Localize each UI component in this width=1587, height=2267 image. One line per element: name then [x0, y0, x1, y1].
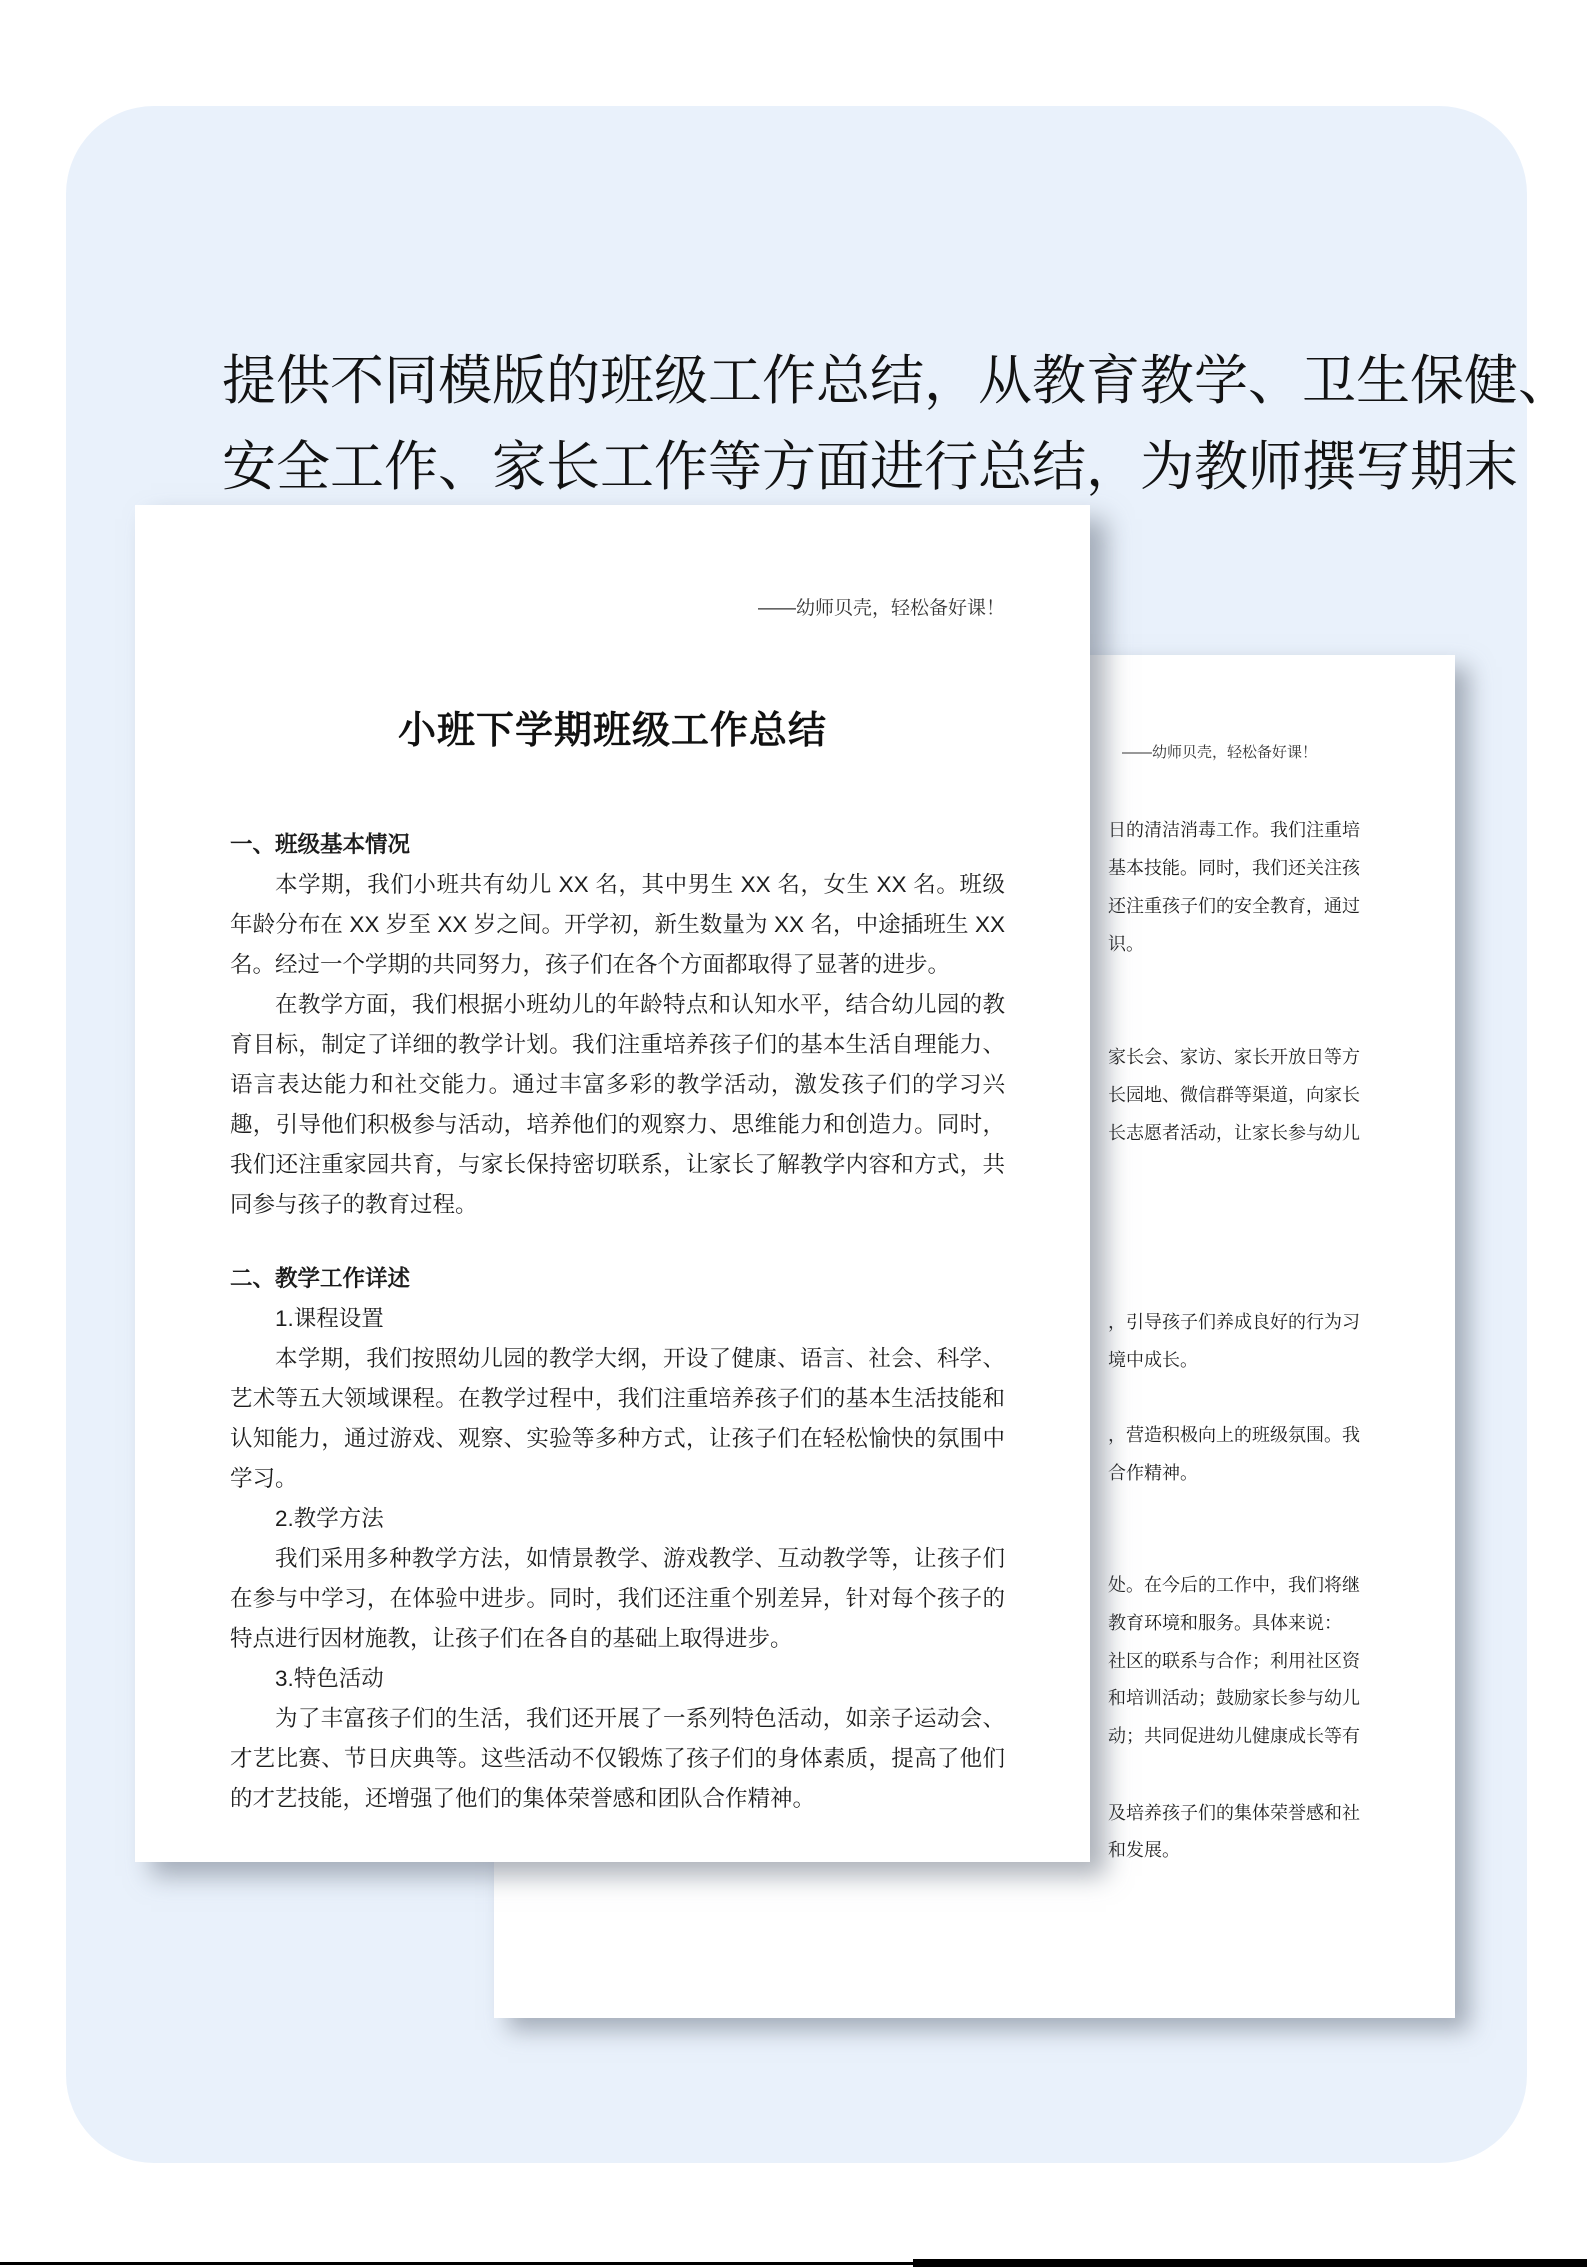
intro-line-1: 提供不同模版的班级工作总结，从教育教学、卫生保健、	[222, 338, 1572, 424]
text-fragment: 长志愿者活动，让家长参与幼儿	[1108, 1114, 1360, 1152]
text-fragment: 家长会、家访、家长开放日等方	[1108, 1038, 1360, 1076]
text-fragment: 动；共同促进幼儿健康成长等有	[1108, 1717, 1360, 1755]
section-heading: 二、教学工作详述	[230, 1259, 1005, 1299]
text-fragment: 日的清洁消毒工作。我们注重培	[1108, 811, 1360, 849]
text-fragment: 识。	[1108, 925, 1144, 963]
paragraph: 本学期，我们小班共有幼儿 XX 名，其中男生 XX 名，女生 XX 名。班级年龄…	[230, 865, 1005, 985]
subsection-heading: 3.特色活动	[230, 1659, 1005, 1699]
intro-line-2: 安全工作、家长工作等方面进行总结，为教师撰写期末	[222, 424, 1572, 510]
doc-tagline: ——幼师贝壳，轻松备好课！	[758, 593, 1005, 620]
doc-title: 小班下学期班级工作总结	[135, 699, 1090, 754]
paragraph: 为了丰富孩子们的生活，我们还开展了一系列特色活动，如亲子运动会、才艺比赛、节日庆…	[230, 1699, 1005, 1819]
text-fragment: ，营造积极向上的班级氛围。我	[1108, 1416, 1360, 1454]
text-fragment: 教育环境和服务。具体来说：	[1108, 1604, 1342, 1642]
text-fragment: 和发展。	[1108, 1831, 1180, 1869]
text-fragment: 及培养孩子们的集体荣誉感和社	[1108, 1794, 1360, 1832]
text-fragment: ，引导孩子们养成良好的行为习	[1108, 1303, 1360, 1341]
section-heading: 一、班级基本情况	[230, 825, 1005, 865]
text-fragment: 长园地、微信群等渠道，向家长	[1108, 1076, 1360, 1114]
text-fragment: 境中成长。	[1108, 1341, 1198, 1379]
text-fragment: 处。在今后的工作中，我们将继	[1108, 1566, 1360, 1604]
text-fragment: 基本技能。同时，我们还关注孩	[1108, 849, 1360, 887]
subsection-heading: 2.教学方法	[230, 1499, 1005, 1539]
bottom-edge-bar	[913, 2259, 1587, 2267]
text-fragment: 还注重孩子们的安全教育，通过	[1108, 887, 1360, 925]
text-fragment: 社区的联系与合作；利用社区资	[1108, 1642, 1360, 1680]
page-canvas: 提供不同模版的班级工作总结，从教育教学、卫生保健、 安全工作、家长工作等方面进行…	[0, 0, 1587, 2267]
paragraph: 本学期，我们按照幼儿园的教学大纲，开设了健康、语言、社会、科学、艺术等五大领域课…	[230, 1339, 1005, 1499]
document-page-1: ——幼师贝壳，轻松备好课！ 小班下学期班级工作总结 一、班级基本情况 本学期，我…	[135, 505, 1090, 1862]
text-fragment: 合作精神。	[1108, 1454, 1198, 1492]
paragraph: 在教学方面，我们根据小班幼儿的年龄特点和认知水平，结合幼儿园的教育目标，制定了详…	[230, 985, 1005, 1225]
doc-tagline: ——幼师贝壳，轻松备好课！	[1122, 741, 1317, 762]
text-fragment: 和培训活动；鼓励家长参与幼儿	[1108, 1679, 1360, 1717]
doc-body: 一、班级基本情况 本学期，我们小班共有幼儿 XX 名，其中男生 XX 名，女生 …	[230, 825, 1005, 1819]
bottom-edge-line	[0, 2262, 913, 2265]
paragraph: 我们采用多种教学方法，如情景教学、游戏教学、互动教学等，让孩子们在参与中学习，在…	[230, 1539, 1005, 1659]
subsection-heading: 1.课程设置	[230, 1299, 1005, 1339]
